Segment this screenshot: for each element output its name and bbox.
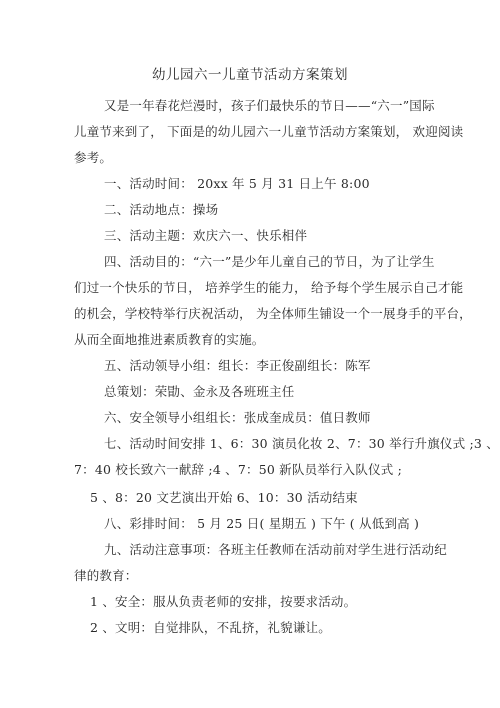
section-theme: 三、活动主题：欢庆六一、快乐相伴 bbox=[104, 228, 307, 244]
document-page: 幼儿园六一儿童节活动方案策划 又是一年春花烂漫时，孩子们最快乐的节日——“六一”… bbox=[0, 0, 500, 708]
section-leadership: 五、活动领导小组：组长：李正俊副组长：陈军 bbox=[104, 358, 371, 374]
section-notes-line-1: 九、活动注意事项：各班主任教师在活动前对学生进行活动纪 bbox=[104, 542, 447, 558]
section-notes-line-2: 律的教育： bbox=[74, 568, 138, 584]
section-place: 二、活动地点：操场 bbox=[104, 202, 218, 218]
section-planner: 总策划：荣勖、金永及各班班主任 bbox=[104, 384, 295, 400]
section-purpose-line-2: 们过一个快乐的节日， 培养学生的能力， 给予每个学生展示自己才能 bbox=[74, 280, 463, 296]
notes-item-civility: 2 、文明：自觉排队，不乱挤，礼貌谦让。 bbox=[90, 620, 331, 636]
section-purpose-line-1: 四、活动目的：“六一”是少年儿童自己的节日，为了让学生 bbox=[104, 254, 435, 270]
section-purpose-line-4: 从而全面地推进素质教育的实施。 bbox=[74, 332, 265, 348]
document-title: 幼儿园六一儿童节活动方案策划 bbox=[0, 66, 500, 84]
section-rehearsal: 八、彩排时间： 5 月 25 日( 星期五 ) 下午 ( 从低到高 ) bbox=[104, 516, 419, 532]
section-schedule-line-2: 7：40 校长致六一献辞 ;4 、7：50 新队员举行入队仪式 ; bbox=[74, 462, 402, 478]
intro-line-1: 又是一年春花烂漫时，孩子们最快乐的节日——“六一”国际 bbox=[104, 98, 435, 114]
section-safety: 六、安全领导小组组长：张成奎成员：值日教师 bbox=[104, 410, 371, 426]
intro-line-3: 参考。 bbox=[74, 150, 112, 166]
section-time: 一、活动时间： 20xx 年 5 月 31 日上午 8:00 bbox=[104, 176, 370, 192]
notes-item-safety: 1 、安全：服从负责老师的安排，按要求活动。 bbox=[90, 594, 356, 610]
section-purpose-line-3: 的机会，学校特举行庆祝活动， 为全体师生铺设一个一展身手的平台， bbox=[74, 306, 472, 322]
section-schedule-line-3: 5 、8：20 文艺演出开始 6、10：30 活动结束 bbox=[90, 490, 358, 506]
intro-line-2: 儿童节来到了， 下面是的幼儿园六一儿童节活动方案策划， 欢迎阅读 bbox=[74, 124, 463, 140]
section-schedule-line-1: 七、活动时间安排 1、6：30 演员化妆 2、7：30 举行升旗仪式 ;3 、 bbox=[104, 436, 499, 452]
